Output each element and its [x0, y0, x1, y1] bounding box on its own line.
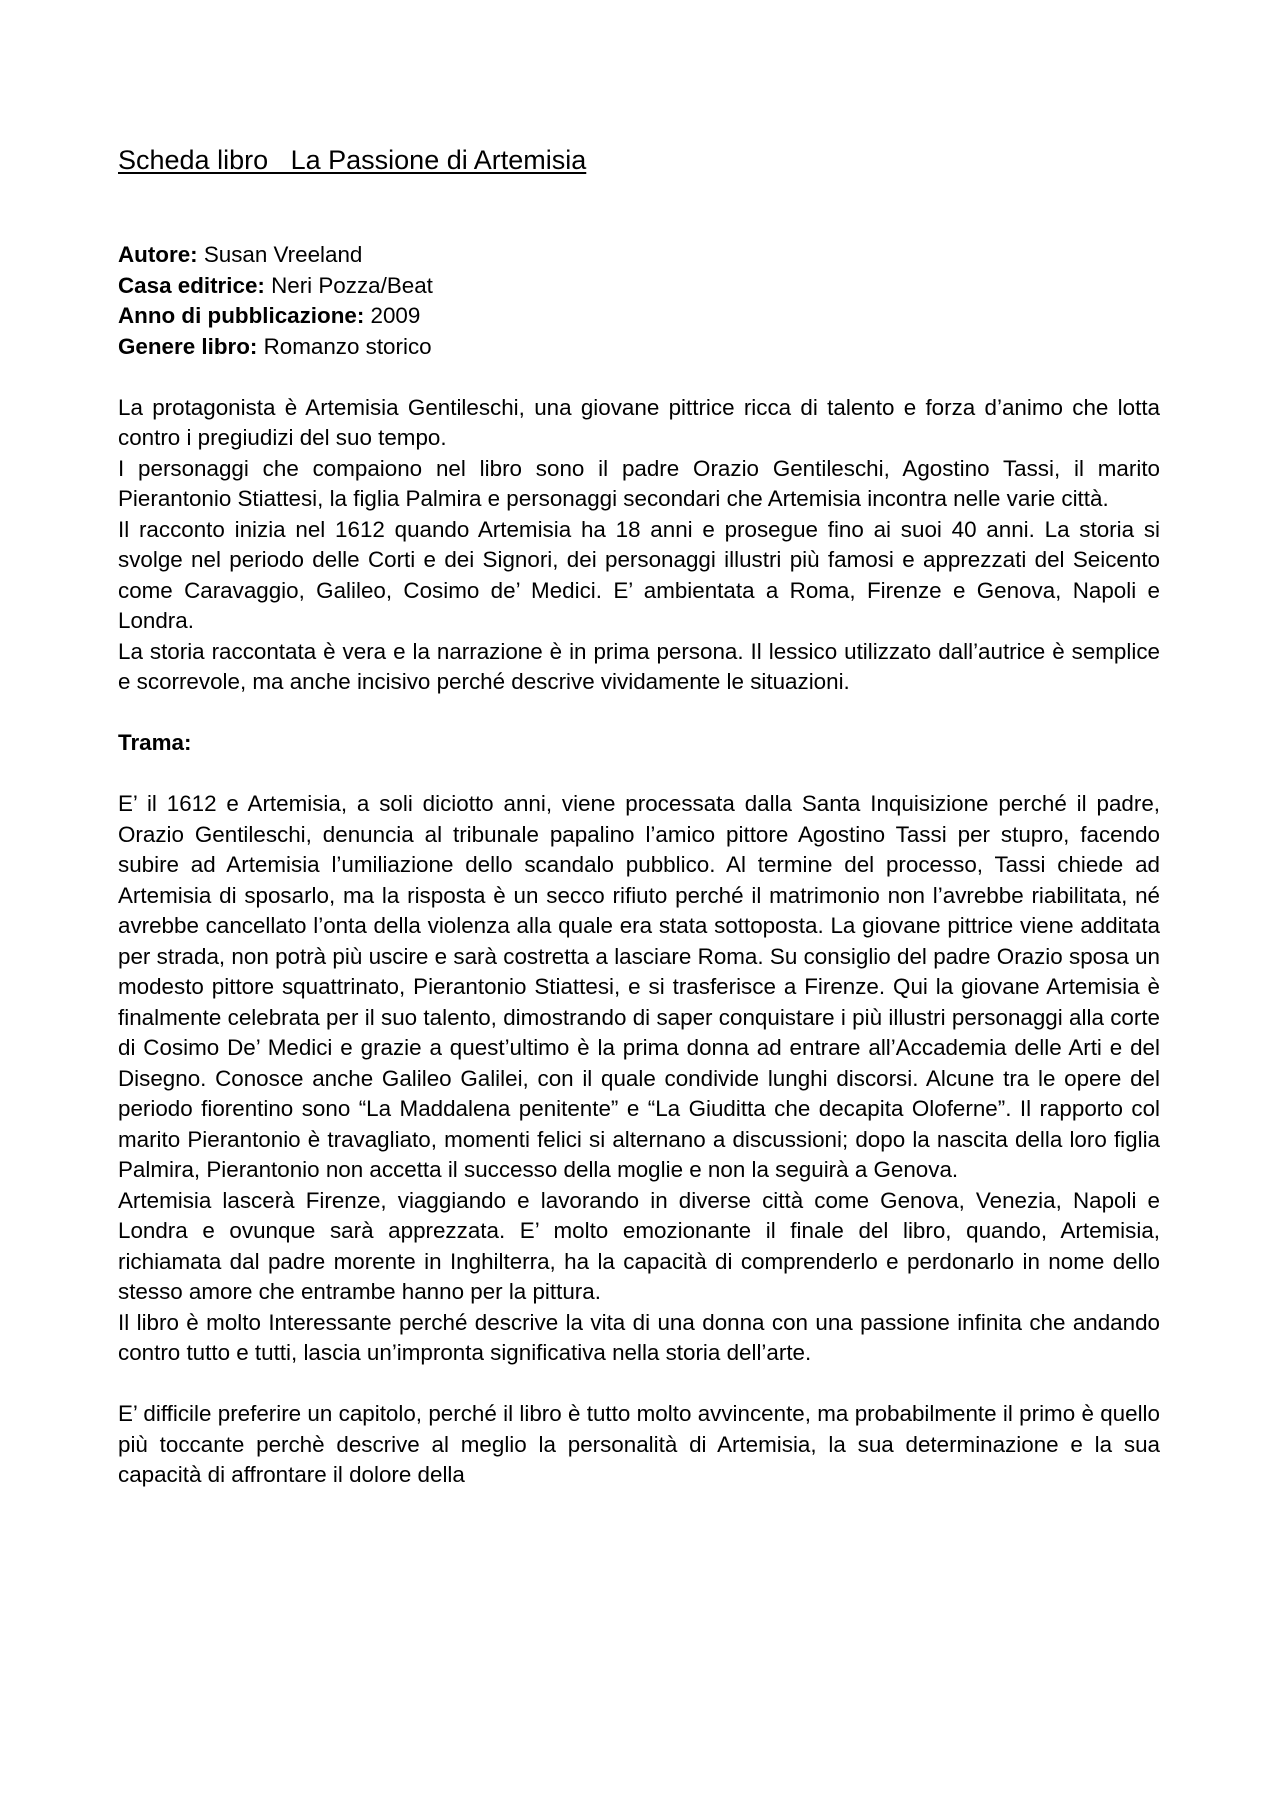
- meta-value-anno: 2009: [371, 303, 421, 328]
- intro-section: La protagonista è Artemisia Gentileschi,…: [118, 393, 1160, 698]
- meta-value-genere: Romanzo storico: [264, 334, 432, 359]
- paragraph-intro-3: Il racconto inizia nel 1612 quando Artem…: [118, 515, 1160, 637]
- paragraph-trama-3: Il libro è molto Interessante perché des…: [118, 1308, 1160, 1369]
- book-metadata: Autore: Susan Vreeland Casa editrice: Ne…: [118, 240, 1160, 362]
- closing-section: E’ difficile preferire un capitolo, perc…: [118, 1399, 1160, 1491]
- paragraph-closing-1: E’ difficile preferire un capitolo, perc…: [118, 1399, 1160, 1491]
- paragraph-trama-1: E’ il 1612 e Artemisia, a soli diciotto …: [118, 789, 1160, 1186]
- trama-section: E’ il 1612 e Artemisia, a soli diciotto …: [118, 789, 1160, 1369]
- document-title: Scheda libro La Passione di Artemisia: [118, 145, 1160, 176]
- paragraph-trama-2: Artemisia lascerà Firenze, viaggiando e …: [118, 1186, 1160, 1308]
- document-content: Scheda libro La Passione di Artemisia Au…: [0, 0, 1280, 1491]
- trama-heading: Trama:: [118, 728, 1160, 759]
- meta-label-casa-editrice: Casa editrice:: [118, 273, 265, 298]
- meta-line-autore: Autore: Susan Vreeland: [118, 240, 1160, 271]
- paragraph-intro-1: La protagonista è Artemisia Gentileschi,…: [118, 393, 1160, 454]
- meta-label-autore: Autore:: [118, 242, 198, 267]
- meta-label-genere: Genere libro:: [118, 334, 257, 359]
- meta-line-casa-editrice: Casa editrice: Neri Pozza/Beat: [118, 271, 1160, 302]
- meta-line-anno: Anno di pubblicazione: 2009: [118, 301, 1160, 332]
- paragraph-intro-4: La storia raccontata è vera e la narrazi…: [118, 637, 1160, 698]
- meta-label-anno: Anno di pubblicazione:: [118, 303, 364, 328]
- paragraph-intro-2: I personaggi che compaiono nel libro son…: [118, 454, 1160, 515]
- meta-value-casa-editrice: Neri Pozza/Beat: [271, 273, 433, 298]
- meta-line-genere: Genere libro: Romanzo storico: [118, 332, 1160, 363]
- meta-value-autore: Susan Vreeland: [204, 242, 363, 267]
- document-page: Scheda libro La Passione di Artemisia Au…: [0, 0, 1280, 1811]
